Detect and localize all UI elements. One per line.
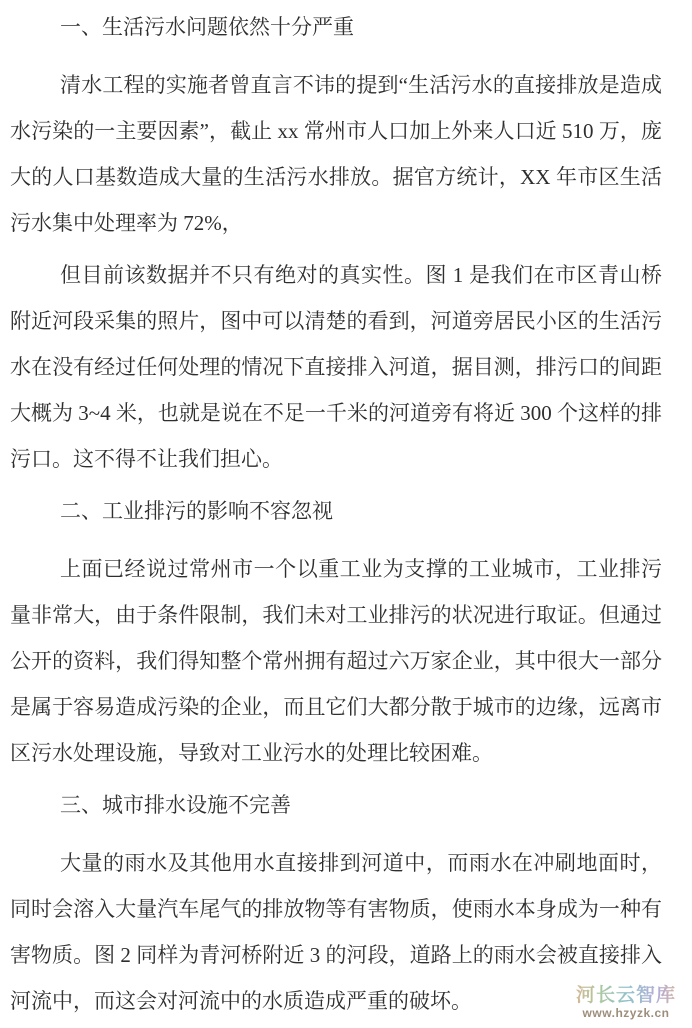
section-heading-1: 一、生活污水问题依然十分严重	[10, 4, 662, 50]
section-industrial-discharge: 二、工业排污的影响不容忽视 上面已经说过常州市一个以重工业为支撑的工业城市，工业…	[10, 488, 662, 776]
paragraph-1-1: 清水工程的实施者曾直言不讳的提到“生活污水的直接排放是造成水污染的一主要因素”，…	[10, 62, 662, 246]
watermark: 河长云智库 www.hzyzk.cn	[565, 980, 687, 1020]
section-domestic-sewage: 一、生活污水问题依然十分严重 清水工程的实施者曾直言不讳的提到“生活污水的直接排…	[10, 4, 662, 482]
paragraph-2-1: 上面已经说过常州市一个以重工业为支撑的工业城市，工业排污量非常大，由于条件限制，…	[10, 546, 662, 776]
watermark-url: www.hzyzk.cn	[565, 1006, 687, 1020]
document-page: 一、生活污水问题依然十分严重 清水工程的实施者曾直言不讳的提到“生活污水的直接排…	[0, 0, 692, 1028]
section-heading-3: 三、城市排水设施不完善	[10, 782, 662, 828]
section-heading-2: 二、工业排污的影响不容忽视	[10, 488, 662, 534]
paragraph-1-2: 但目前该数据并不只有绝对的真实性。图 1 是我们在市区青山桥附近河段采集的照片，…	[10, 252, 662, 482]
watermark-title: 河长云智库	[565, 980, 687, 1007]
